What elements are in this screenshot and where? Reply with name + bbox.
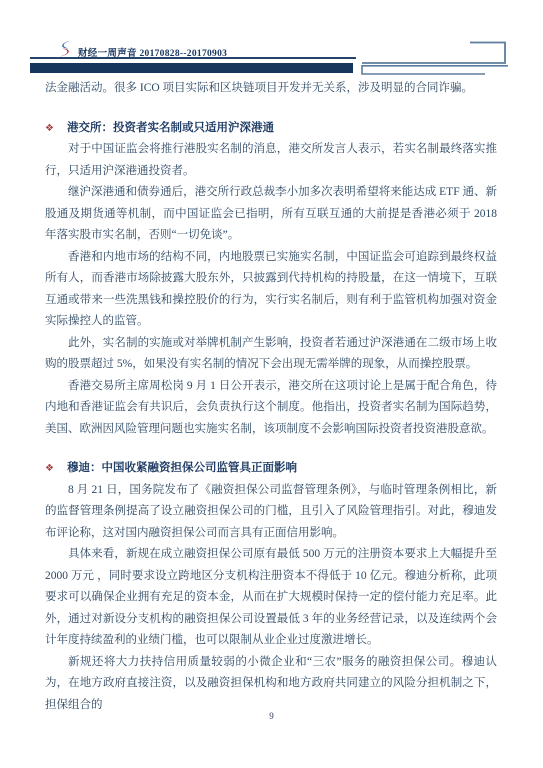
section-heading-text: 穆迪：中国收紧融资担保公司监管具正面影响 (67, 458, 297, 480)
continuation-paragraph: 法金融活动。很多 ICO 项目实际和区块链项目开发并无关系，涉及明显的合同诈骗。 (45, 78, 497, 100)
section-heading-moodys: ❖ 穆迪：中国收紧融资担保公司监管具正面影响 (45, 458, 497, 480)
paragraph: 8 月 21 日，国务院发布了《融资担保公司监督管理条例》，与临时管理条例相比，… (45, 480, 497, 545)
paragraph: 新规还将大力扶持信用质量较弱的小微企业和“三农”服务的融资担保公司。穆迪认为，在… (45, 652, 497, 717)
header-navy-bar (30, 63, 353, 73)
diamond-bullet-icon: ❖ (45, 458, 54, 480)
paragraph: 具体来看，新规在成立融资担保公司原有最低 500 万元的注册资本要求上大幅提升至… (45, 544, 497, 652)
page-number: 9 (0, 711, 543, 721)
header-rule (30, 57, 356, 59)
document-body: 法金融活动。很多 ICO 项目实际和区块链项目开发并无关系，涉及明显的合同诈骗。… (45, 78, 497, 716)
paragraph: 此外，实名制的实施或对举牌机制产生影响，投资者若通过沪深港通在二级市场上收购的股… (45, 333, 497, 376)
paragraph: 继沪深港通和债券通后，港交所行政总裁李小加多次表明希望将来能达成 ETF 通、新… (45, 182, 497, 247)
paragraph: 香港和内地市场的结构不同，内地股票已实施实名制，中国证监会可追踪到最终权益所有人… (45, 247, 497, 333)
section-heading-text: 港交所：投资者实名制或只适用沪深港通 (67, 118, 274, 140)
paragraph: 对于中国证监会将推行港股实名制的消息，港交所发言人表示，若实名制最终落实推行，只… (45, 139, 497, 182)
diamond-bullet-icon: ❖ (45, 118, 54, 140)
paragraph: 香港交易所主席周松岗 9 月 1 日公开表示，港交所在这项讨论上是属于配合角色，… (45, 376, 497, 441)
section-heading-hkex: ❖ 港交所：投资者实名制或只适用沪深港通 (45, 118, 497, 140)
brand-logo-icon (57, 40, 74, 57)
